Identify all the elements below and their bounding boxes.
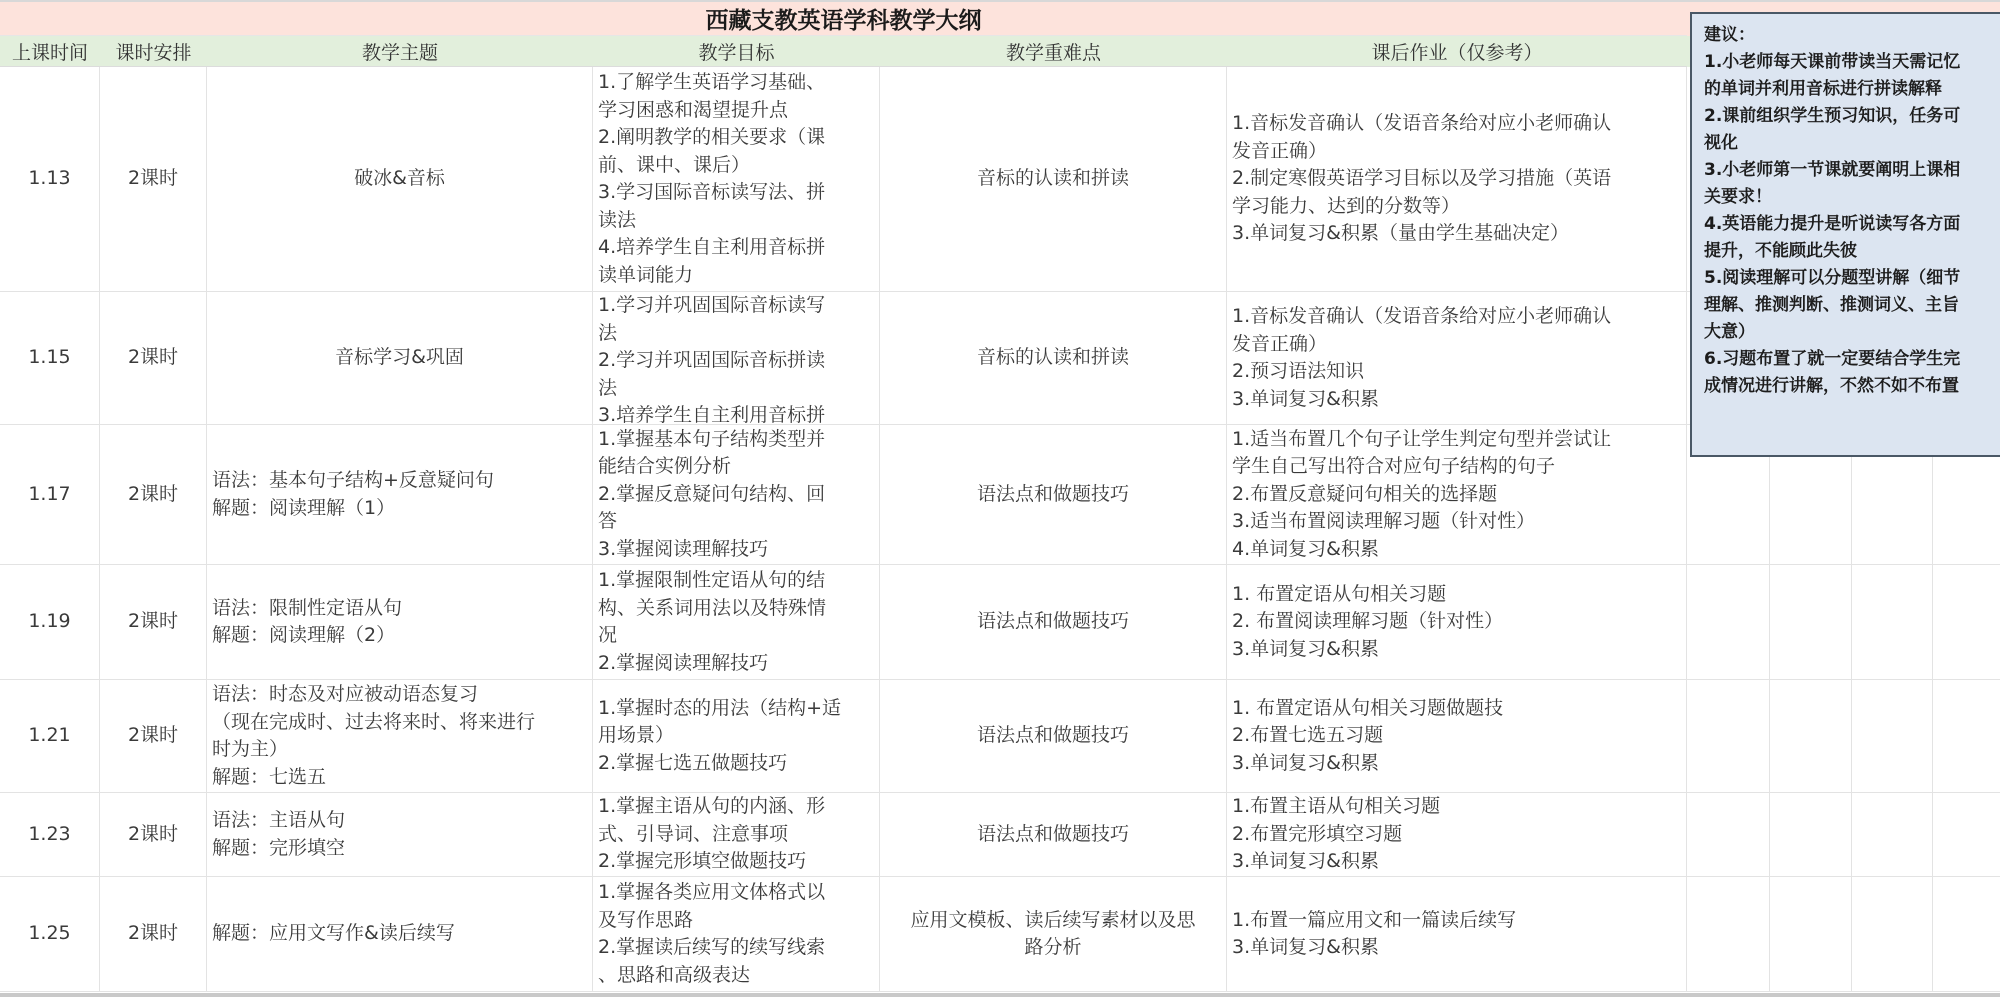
table-row: 1.21 2课时 语法：时态及对应被动语态复习 （现在完成时、过去将来时、将来进…	[0, 680, 2000, 793]
key-point-line: 应用文模板、读后续写素材以及思	[910, 907, 1195, 935]
objective-line: 3.掌握阅读理解技巧	[598, 536, 874, 564]
objective-line: 况	[598, 622, 874, 650]
cell-key-points[interactable]: 语法点和做题技巧	[880, 565, 1227, 679]
objective-line: 读法	[598, 207, 874, 235]
empty-cell[interactable]	[1933, 565, 2000, 679]
header-row: 上课时间 课时安排 教学主题 教学目标 教学重难点 课后作业（仅参考）	[0, 36, 1687, 67]
objective-line: 1.了解学生英语学习基础、	[598, 69, 874, 97]
homework-line: 1. 布置定语从句相关习题做题技	[1232, 695, 1681, 723]
cell-key-points[interactable]: 语法点和做题技巧	[880, 680, 1227, 792]
empty-cell[interactable]	[1770, 877, 1852, 991]
cell-date[interactable]: 1.15	[0, 292, 100, 424]
cell-objectives[interactable]: 1.学习并巩固国际音标读写 法 2.学习并巩固国际音标拼读 法 3.培养学生自主…	[593, 292, 880, 424]
topic-line: 时为主）	[212, 736, 535, 764]
cell-homework[interactable]: 1.布置一篇应用文和一篇读后续写 3.单词复习&积累	[1227, 877, 1687, 991]
cell-date[interactable]: 1.17	[0, 425, 100, 564]
topic-line: 语法：限制性定语从句	[212, 595, 402, 623]
comment-title: 建议：	[1704, 22, 1990, 49]
objective-line: 1.掌握主语从句的内涵、形	[598, 793, 874, 821]
key-point-line: 音标的认读和拼读	[977, 165, 1129, 193]
cell-objectives[interactable]: 1.掌握各类应用文体格式以 及写作思路 2.掌握读后续写的续写线索 、思路和高级…	[593, 877, 880, 991]
empty-cell[interactable]	[1852, 565, 1933, 679]
objective-line: 1.掌握基本句子结构类型并	[598, 426, 874, 454]
homework-line: 3.单词复习&积累	[1232, 848, 1681, 876]
table-row: 1.19 2课时 语法：限制性定语从句 解题：阅读理解（2） 1.掌握限制性定语…	[0, 565, 2000, 680]
cell-homework[interactable]: 1.适当布置几个句子让学生判定句型并尝试让 学生自己写出符合对应句子结构的句子 …	[1227, 425, 1687, 564]
cell-date[interactable]: 1.13	[0, 67, 100, 291]
homework-line: 2.预习语法知识	[1232, 358, 1681, 386]
header-objectives[interactable]: 教学目标	[593, 36, 880, 67]
cell-objectives[interactable]: 1.掌握主语从句的内涵、形 式、引导词、注意事项 2.掌握完形填空做题技巧	[593, 793, 880, 876]
comment-line: 5.阅读理解可以分题型讲解（细节	[1704, 265, 1990, 292]
objective-line: 法	[598, 320, 874, 348]
homework-line: 2. 布置阅读理解习题（针对性）	[1232, 608, 1681, 636]
empty-cell[interactable]	[1687, 877, 1770, 991]
empty-cell[interactable]	[1687, 793, 1770, 876]
key-point-line: 语法点和做题技巧	[977, 821, 1129, 849]
homework-line: 2.制定寒假英语学习目标以及学习措施（英语	[1232, 165, 1681, 193]
objective-line: 3.培养学生自主利用音标拼	[598, 402, 874, 424]
cell-topic[interactable]: 语法：时态及对应被动语态复习 （现在完成时、过去将来时、将来进行 时为主） 解题…	[207, 680, 593, 792]
comment-line: 视化	[1704, 130, 1990, 157]
topic-line: 解题：阅读理解（1）	[212, 495, 494, 523]
objective-line: 1.掌握各类应用文体格式以	[598, 879, 874, 907]
cell-topic[interactable]: 破冰&音标	[207, 67, 593, 291]
cell-homework[interactable]: 1. 布置定语从句相关习题 2. 布置阅读理解习题（针对性） 3.单词复习&积累	[1227, 565, 1687, 679]
suggestion-comment-box[interactable]: 建议： 1.小老师每天课前带读当天需记忆 的单词并利用音标进行拼读解释 2.课前…	[1690, 12, 2000, 457]
cell-key-points[interactable]: 音标的认读和拼读	[880, 292, 1227, 424]
homework-line: 发音正确）	[1232, 138, 1681, 166]
objective-line: 2.掌握反意疑问句结构、回	[598, 481, 874, 509]
comment-line: 4.英语能力提升是听说读写各方面	[1704, 211, 1990, 238]
cell-homework[interactable]: 1.音标发音确认（发语音条给对应小老师确认 发音正确） 2.预习语法知识 3.单…	[1227, 292, 1687, 424]
table-row: 1.25 2课时 解题：应用文写作&读后续写 1.掌握各类应用文体格式以 及写作…	[0, 877, 2000, 992]
cell-homework[interactable]: 1.音标发音确认（发语音条给对应小老师确认 发音正确） 2.制定寒假英语学习目标…	[1227, 67, 1687, 291]
topic-line: 解题：应用文写作&读后续写	[212, 920, 455, 948]
objective-line: 4.培养学生自主利用音标拼	[598, 234, 874, 262]
homework-line: 学生自己写出符合对应句子结构的句子	[1232, 453, 1681, 481]
cell-topic[interactable]: 语法：主语从句 解题：完形填空	[207, 793, 593, 876]
header-hours[interactable]: 课时安排	[100, 36, 207, 67]
cell-key-points[interactable]: 语法点和做题技巧	[880, 425, 1227, 564]
objective-line: 答	[598, 508, 874, 536]
objective-line: 3.学习国际音标读写法、拼	[598, 179, 874, 207]
homework-line: 1.布置主语从句相关习题	[1232, 793, 1681, 821]
key-point-line: 语法点和做题技巧	[977, 722, 1129, 750]
topic-line: 解题：阅读理解（2）	[212, 622, 402, 650]
objective-line: 能结合实例分析	[598, 453, 874, 481]
objective-line: 2.掌握阅读理解技巧	[598, 650, 874, 678]
cell-key-points[interactable]: 音标的认读和拼读	[880, 67, 1227, 291]
objective-line: 用场景）	[598, 722, 874, 750]
homework-line: 1.音标发音确认（发语音条给对应小老师确认	[1232, 303, 1681, 331]
cell-objectives[interactable]: 1.了解学生英语学习基础、 学习困惑和渴望提升点 2.阐明教学的相关要求（课 前…	[593, 67, 880, 291]
title-cell[interactable]: 西藏支教英语学科教学大纲	[0, 2, 1687, 36]
objective-line: 2.掌握七选五做题技巧	[598, 750, 874, 778]
comment-line: 关要求！	[1704, 184, 1990, 211]
header-topic[interactable]: 教学主题	[207, 36, 593, 67]
empty-cell[interactable]	[1933, 793, 2000, 876]
topic-line: 音标学习&巩固	[335, 344, 464, 372]
cell-homework[interactable]: 1. 布置定语从句相关习题做题技 2.布置七选五习题 3.单词复习&积累	[1227, 680, 1687, 792]
objective-line: 1.学习并巩固国际音标读写	[598, 292, 874, 320]
homework-line: 3.适当布置阅读理解习题（针对性）	[1232, 508, 1681, 536]
homework-line: 3.单词复习&积累	[1232, 386, 1681, 414]
comment-line: 2.课前组织学生预习知识，任务可	[1704, 103, 1990, 130]
homework-line: 3.单词复习&积累	[1232, 750, 1681, 778]
homework-line: 1.布置一篇应用文和一篇读后续写	[1232, 907, 1681, 935]
objective-line: 2.阐明教学的相关要求（课	[598, 124, 874, 152]
header-date[interactable]: 上课时间	[0, 36, 100, 67]
topic-line: 语法：基本句子结构+反意疑问句	[212, 467, 494, 495]
topic-line: 解题：完形填空	[212, 835, 345, 863]
homework-line: 4.单词复习&积累	[1232, 536, 1681, 564]
empty-cell[interactable]	[1852, 877, 1933, 991]
comment-line: 提升，不能顾此失彼	[1704, 238, 1990, 265]
homework-line: 1. 布置定语从句相关习题	[1232, 581, 1681, 609]
cell-topic[interactable]: 解题：应用文写作&读后续写	[207, 877, 593, 991]
objective-line: 读单词能力	[598, 262, 874, 290]
cell-objectives[interactable]: 1.掌握基本句子结构类型并 能结合实例分析 2.掌握反意疑问句结构、回 答 3.…	[593, 425, 880, 564]
homework-line: 3.单词复习&积累（量由学生基础决定）	[1232, 220, 1681, 248]
key-point-line: 路分析	[910, 934, 1195, 962]
homework-line: 1.音标发音确认（发语音条给对应小老师确认	[1232, 110, 1681, 138]
homework-line: 3.单词复习&积累	[1232, 934, 1681, 962]
homework-line: 1.适当布置几个句子让学生判定句型并尝试让	[1232, 426, 1681, 454]
objective-line: 、思路和高级表达	[598, 962, 874, 990]
empty-cell[interactable]	[1770, 680, 1852, 792]
cell-key-points[interactable]: 语法点和做题技巧	[880, 793, 1227, 876]
objective-line: 式、引导词、注意事项	[598, 821, 874, 849]
topic-line: （现在完成时、过去将来时、将来进行	[212, 709, 535, 737]
cell-objectives[interactable]: 1.掌握限制性定语从句的结 构、关系词用法以及特殊情 况 2.掌握阅读理解技巧	[593, 565, 880, 679]
comment-line: 成情况进行讲解，不然不如不布置	[1704, 373, 1990, 400]
cell-date[interactable]: 1.25	[0, 877, 100, 991]
objective-line: 前、课中、课后）	[598, 152, 874, 180]
cell-hours[interactable]: 2课时	[100, 877, 207, 991]
objective-line: 法	[598, 375, 874, 403]
header-key-points[interactable]: 教学重难点	[880, 36, 1227, 67]
topic-line: 破冰&音标	[354, 165, 445, 193]
cell-key-points[interactable]: 应用文模板、读后续写素材以及思 路分析	[880, 877, 1227, 991]
cell-hours[interactable]: 2课时	[100, 425, 207, 564]
key-point-line: 音标的认读和拼读	[977, 344, 1129, 372]
key-point-line: 语法点和做题技巧	[977, 481, 1129, 509]
empty-cell[interactable]	[1852, 680, 1933, 792]
comment-line: 1.小老师每天课前带读当天需记忆	[1704, 49, 1990, 76]
cell-hours[interactable]: 2课时	[100, 67, 207, 291]
topic-line: 语法：时态及对应被动语态复习	[212, 681, 535, 709]
cell-hours[interactable]: 2课时	[100, 793, 207, 876]
empty-cell[interactable]	[1933, 877, 2000, 991]
cell-hours[interactable]: 2课时	[100, 565, 207, 679]
empty-cell[interactable]	[1852, 793, 1933, 876]
empty-cell[interactable]	[1770, 793, 1852, 876]
objective-line: 及写作思路	[598, 907, 874, 935]
bottom-border	[0, 993, 2000, 997]
cell-topic[interactable]: 语法：限制性定语从句 解题：阅读理解（2）	[207, 565, 593, 679]
sheet-title: 西藏支教英语学科教学大纲	[706, 2, 982, 35]
comment-line: 3.小老师第一节课就要阐明上课相	[1704, 157, 1990, 184]
empty-cell[interactable]	[1770, 565, 1852, 679]
spreadsheet: 西藏支教英语学科教学大纲 上课时间 课时安排 教学主题 教学目标 教学重难点 课…	[0, 0, 2000, 997]
topic-line: 语法：主语从句	[212, 807, 345, 835]
objective-line: 学习困惑和渴望提升点	[598, 97, 874, 125]
homework-line: 学习能力、达到的分数等）	[1232, 193, 1681, 221]
homework-line: 2.布置完形填空习题	[1232, 821, 1681, 849]
comment-line: 大意）	[1704, 319, 1990, 346]
homework-line: 2.布置七选五习题	[1232, 722, 1681, 750]
cell-objectives[interactable]: 1.掌握时态的用法（结构+适 用场景） 2.掌握七选五做题技巧	[593, 680, 880, 792]
topic-line: 解题：七选五	[212, 764, 535, 792]
empty-cell[interactable]	[1687, 565, 1770, 679]
cell-date[interactable]: 1.23	[0, 793, 100, 876]
cell-date[interactable]: 1.19	[0, 565, 100, 679]
cell-hours[interactable]: 2课时	[100, 292, 207, 424]
comment-line: 6.习题布置了就一定要结合学生完	[1704, 346, 1990, 373]
objective-line: 2.掌握完形填空做题技巧	[598, 848, 874, 876]
cell-topic[interactable]: 音标学习&巩固	[207, 292, 593, 424]
cell-date[interactable]: 1.21	[0, 680, 100, 792]
cell-homework[interactable]: 1.布置主语从句相关习题 2.布置完形填空习题 3.单词复习&积累	[1227, 793, 1687, 876]
objective-line: 2.掌握读后续写的续写线索	[598, 934, 874, 962]
homework-line: 发音正确）	[1232, 331, 1681, 359]
objective-line: 1.掌握时态的用法（结构+适	[598, 695, 874, 723]
empty-cell[interactable]	[1933, 680, 2000, 792]
homework-line: 2.布置反意疑问句相关的选择题	[1232, 481, 1681, 509]
objective-line: 构、关系词用法以及特殊情	[598, 595, 874, 623]
cell-topic[interactable]: 语法：基本句子结构+反意疑问句 解题：阅读理解（1）	[207, 425, 593, 564]
objective-line: 1.掌握限制性定语从句的结	[598, 567, 874, 595]
empty-cell[interactable]	[1687, 680, 1770, 792]
comment-line: 的单词并利用音标进行拼读解释	[1704, 76, 1990, 103]
header-homework[interactable]: 课后作业（仅参考）	[1227, 36, 1687, 67]
key-point-line: 语法点和做题技巧	[977, 608, 1129, 636]
cell-hours[interactable]: 2课时	[100, 680, 207, 792]
objective-line: 2.学习并巩固国际音标拼读	[598, 347, 874, 375]
comment-line: 理解、推测判断、推测词义、主旨	[1704, 292, 1990, 319]
table-row: 1.23 2课时 语法：主语从句 解题：完形填空 1.掌握主语从句的内涵、形 式…	[0, 793, 2000, 877]
homework-line: 3.单词复习&积累	[1232, 636, 1681, 664]
